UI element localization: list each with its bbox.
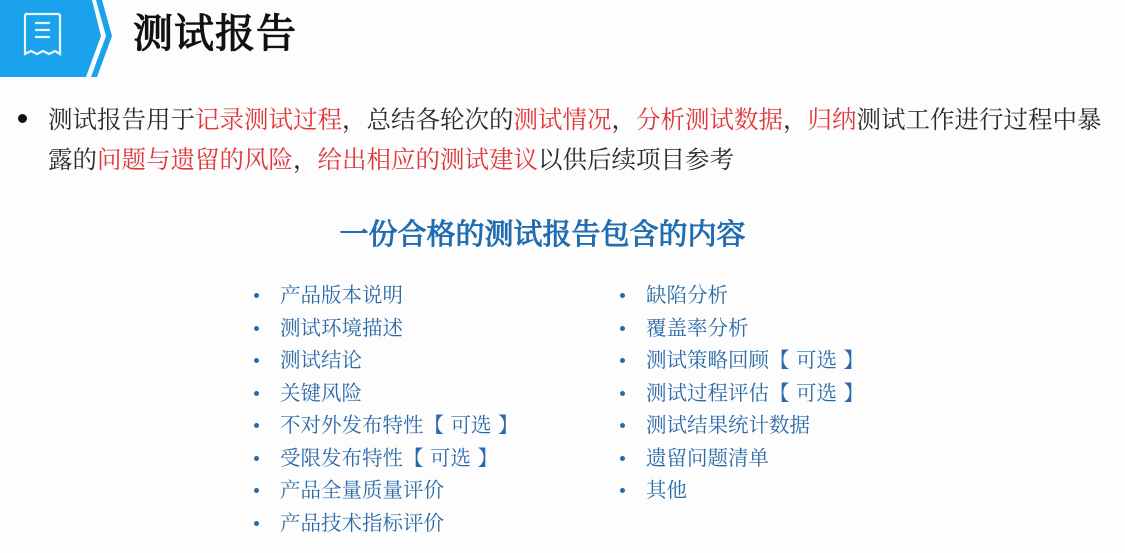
list-item-label: 受限发布特性【 可选 】 — [280, 446, 498, 470]
list-item: 遗留问题清单 — [620, 442, 864, 475]
list-item-label: 遗留问题清单 — [646, 446, 769, 470]
list-item-label: 其他 — [646, 478, 687, 502]
list-item: 测试环境描述 — [254, 312, 519, 345]
highlighted-phrase: 记录测试过程 — [195, 105, 342, 134]
list-item: 不对外发布特性【 可选 】 — [254, 409, 519, 442]
bullet-icon — [254, 423, 259, 428]
page-title: 测试报告 — [133, 8, 297, 60]
contents-list-right: 缺陷分析覆盖率分析测试策略回顾【 可选 】测试过程评估【 可选 】测试结果统计数… — [620, 279, 864, 507]
highlighted-phrase: 问题与遗留的风险 — [97, 145, 293, 174]
bullet-icon — [18, 114, 27, 123]
highlighted-phrase: 给出相应的测试建议 — [318, 145, 539, 174]
list-item: 测试策略回顾【 可选 】 — [620, 344, 864, 377]
intro-paragraph: 测试报告用于记录测试过程，总结各轮次的测试情况，分析测试数据，归纳测试工作进行过… — [18, 100, 1118, 180]
bullet-icon — [620, 326, 625, 331]
intro-phrase: ， — [783, 105, 808, 134]
section-title: 一份合格的测试报告包含的内容 — [0, 214, 1085, 254]
list-item-label: 测试环境描述 — [280, 316, 403, 340]
intro-phrase: ，总结各轮次的 — [342, 105, 514, 134]
bullet-icon — [620, 358, 625, 363]
bullet-icon — [620, 423, 625, 428]
list-item: 产品技术指标评价 — [254, 507, 519, 540]
list-item-label: 覆盖率分析 — [646, 316, 749, 340]
intro-text: 测试报告用于记录测试过程，总结各轮次的测试情况，分析测试数据，归纳测试工作进行过… — [48, 100, 1118, 180]
list-item: 缺陷分析 — [620, 279, 864, 312]
list-item-label: 关键风险 — [280, 381, 362, 405]
list-item-label: 产品全量质量评价 — [280, 478, 444, 502]
list-item: 受限发布特性【 可选 】 — [254, 442, 519, 475]
list-item: 产品全量质量评价 — [254, 474, 519, 507]
bullet-icon — [254, 326, 259, 331]
bullet-icon — [254, 293, 259, 298]
bullet-icon — [620, 488, 625, 493]
list-item-label: 测试策略回顾【 可选 】 — [646, 348, 864, 372]
list-item: 测试结果统计数据 — [620, 409, 864, 442]
list-item-label: 测试结论 — [280, 348, 362, 372]
bullet-icon — [254, 456, 259, 461]
list-item-label: 产品版本说明 — [280, 283, 403, 307]
list-item-label: 产品技术指标评价 — [280, 511, 444, 535]
list-item: 测试结论 — [254, 344, 519, 377]
highlighted-phrase: 测试情况 — [514, 105, 612, 134]
list-item: 关键风险 — [254, 377, 519, 410]
bullet-icon — [254, 488, 259, 493]
bullet-icon — [254, 391, 259, 396]
bullet-icon — [620, 293, 625, 298]
list-item-label: 测试结果统计数据 — [646, 413, 810, 437]
bullet-icon — [620, 456, 625, 461]
bullet-icon — [254, 358, 259, 363]
list-item-label: 缺陷分析 — [646, 283, 728, 307]
list-item: 产品版本说明 — [254, 279, 519, 312]
intro-phrase: ， — [293, 145, 318, 174]
intro-phrase: 以供后续项目参考 — [538, 145, 734, 174]
bullet-icon — [254, 521, 259, 526]
intro-phrase: ， — [612, 105, 637, 134]
contents-list-left: 产品版本说明测试环境描述测试结论关键风险不对外发布特性【 可选 】受限发布特性【… — [254, 279, 519, 539]
bullet-icon — [620, 391, 625, 396]
list-item: 测试过程评估【 可选 】 — [620, 377, 864, 410]
list-item-label: 不对外发布特性【 可选 】 — [280, 413, 519, 437]
list-item-label: 测试过程评估【 可选 】 — [646, 381, 864, 405]
title-banner — [0, 0, 120, 78]
highlighted-phrase: 归纳 — [808, 105, 857, 134]
highlighted-phrase: 分析测试数据 — [636, 105, 783, 134]
intro-phrase: 测试报告用于 — [48, 105, 195, 134]
list-item: 其他 — [620, 474, 864, 507]
list-item: 覆盖率分析 — [620, 312, 864, 345]
